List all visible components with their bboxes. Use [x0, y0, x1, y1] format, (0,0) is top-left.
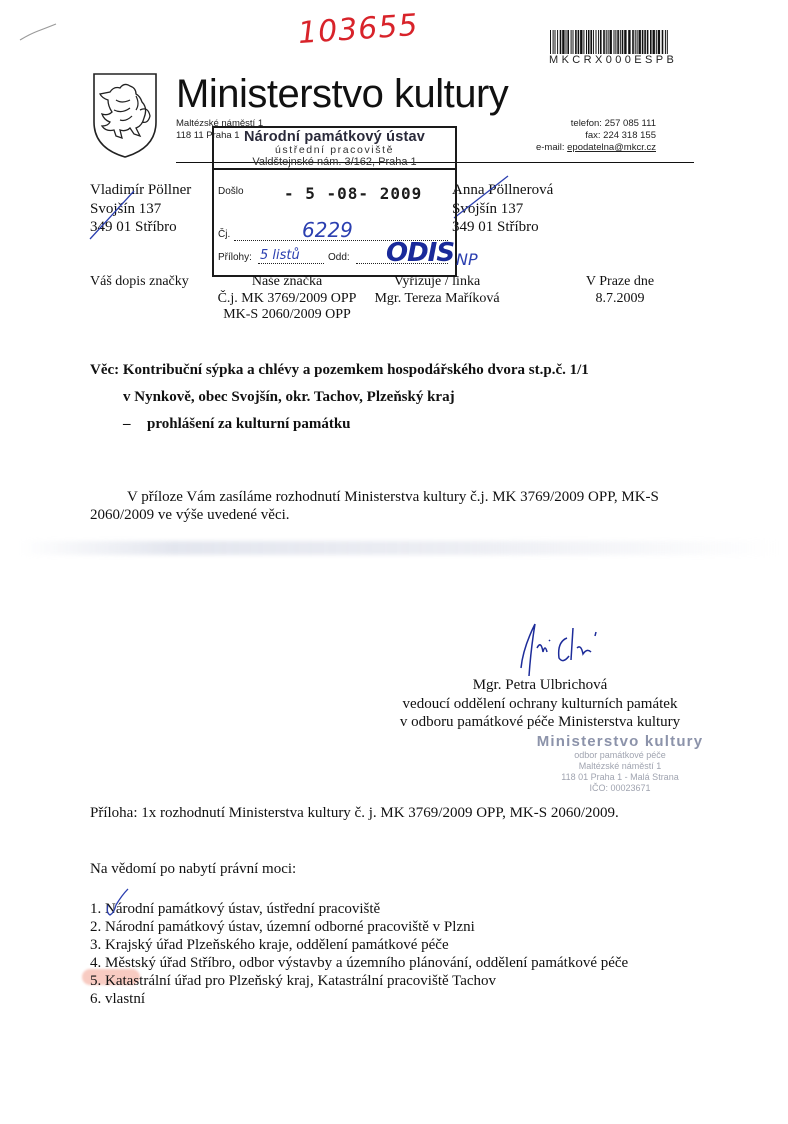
signatory: Mgr. Petra Ulbrichová vedoucí oddělení o… [380, 676, 700, 732]
your-reference-label: Váš dopis značky [90, 274, 189, 291]
our-reference-line2: MK-S 2060/2009 OPP [212, 307, 362, 324]
our-reference-label: Naše značka [212, 274, 362, 291]
ministry-stamp-line2: Maltézské náměstí 1 [520, 761, 720, 772]
scan-artifact-streak [20, 541, 780, 555]
checkmark-strike-2 [452, 172, 512, 222]
distribution-item: 6. vlastní [90, 990, 628, 1008]
checkmark-strike-1 [86, 187, 138, 241]
ministry-title: Ministerstvo kultury [176, 72, 508, 117]
subject-line3: prohlášení za kulturní památku [147, 416, 351, 432]
barcode [550, 30, 668, 54]
ministry-contact: telefon: 257 085 111 fax: 224 318 155 e-… [500, 118, 656, 154]
stamp-department-label: Odd: [328, 252, 350, 263]
ministry-phone: telefon: 257 085 111 [500, 118, 656, 130]
subject-line2: v Nynkově, obec Svojšín, okr. Tachov, Pl… [90, 384, 589, 411]
distribution-list: 1. Národní památkový ústav, ústřední pra… [90, 900, 628, 1008]
stamp-attachments-dotted-line [258, 263, 324, 264]
received-stamp: Národní památkový ústav ústřední pracovi… [212, 126, 457, 277]
stamp-received-label: Došlo [218, 186, 244, 197]
attachment-note: Příloha: 1x rozhodnutí Ministerstva kult… [90, 805, 619, 822]
distribution-item: 1. Národní památkový ústav, ústřední pra… [90, 900, 628, 918]
stamp-received-date: - 5 -08- 2009 [284, 184, 422, 203]
distribution-item: 2. Národní památkový ústav, územní odbor… [90, 918, 628, 936]
signatory-title-line1: vedoucí oddělení ochrany kulturních pamá… [380, 695, 700, 714]
handler-name: Mgr. Tereza Maříková [372, 291, 502, 308]
letter-date-label: V Praze dne [570, 274, 670, 291]
stamp-organization: Národní památkový ústav [214, 129, 455, 145]
stamp-attachments-label: Přílohy: [218, 252, 252, 263]
stamp-header: Národní památkový ústav ústřední pracovi… [214, 128, 455, 170]
distribution-item: 3. Krajský úřad Plzeňského kraje, odděle… [90, 936, 628, 954]
ministry-email-link[interactable]: epodatelna@mkcr.cz [567, 142, 656, 153]
ministry-email-row: e-mail: epodatelna@mkcr.cz [500, 142, 656, 154]
handler: Vyřizuje / linka Mgr. Tereza Maříková [372, 274, 502, 307]
distribution-item: 4. Městský úřad Stříbro, odbor výstavby … [90, 954, 628, 972]
subject: Věc: Kontribuční sýpka a chlévy a pozemk… [90, 357, 589, 438]
body-paragraph: V příloze Vám zasíláme rozhodnutí Minist… [90, 488, 675, 524]
our-reference: Naše značka Č.j. MK 3769/2009 OPP MK-S 2… [212, 274, 362, 324]
stamp-department-dotted-line [356, 263, 448, 264]
handwritten-checkmark-icon [100, 887, 130, 917]
ministry-stamp-line3: 118 01 Praha 1 - Malá Strana [520, 772, 720, 783]
barcode-text: MKCRX000ESPB [549, 54, 677, 66]
signatory-title-line2: v odboru památkové péče Ministerstva kul… [380, 713, 700, 732]
our-reference-line1: Č.j. MK 3769/2009 OPP [212, 291, 362, 308]
subject-line1: Věc: Kontribuční sýpka a chlévy a pozemk… [90, 357, 589, 384]
ministry-stamp: Ministerstvo kultury odbor památkové péč… [520, 733, 720, 794]
stamp-unit: ústřední pracoviště [214, 145, 455, 156]
stamp-ref-value: 6229 [302, 218, 353, 242]
scan-artifact-mark [18, 22, 58, 42]
stamp-address: Valdštejnské nám. 3/162, Praha 1 [214, 156, 455, 168]
handwritten-reference-number: 103655 [297, 8, 420, 51]
ministry-stamp-line4: IČO: 00023671 [520, 783, 720, 794]
email-label: e-mail: [536, 142, 567, 153]
signatory-name: Mgr. Petra Ulbrichová [380, 676, 700, 695]
handler-label: Vyřizuje / linka [372, 274, 502, 291]
letter-date: V Praze dne 8.7.2009 [570, 274, 670, 307]
subject-dash: – [123, 411, 147, 438]
coat-of-arms-lion-icon [90, 70, 160, 160]
handwritten-initials: NP [456, 250, 478, 269]
distribution-item: 5. Katastrální úřad pro Plzeňský kraj, K… [90, 972, 628, 990]
stamp-attachments-value: 5 listů [260, 248, 300, 263]
subject-line3-row: –prohlášení za kulturní památku [90, 411, 589, 438]
your-reference: Váš dopis značky [90, 274, 189, 291]
handwritten-signature [515, 618, 605, 678]
stamp-ref-label: Čj. [218, 229, 230, 240]
letter-date-value: 8.7.2009 [570, 291, 670, 308]
ministry-stamp-title: Ministerstvo kultury [520, 733, 720, 750]
ministry-stamp-line1: odbor památkové péče [520, 750, 720, 761]
distribution-heading: Na vědomí po nabytí právní moci: [90, 861, 296, 878]
ministry-fax: fax: 224 318 155 [500, 130, 656, 142]
